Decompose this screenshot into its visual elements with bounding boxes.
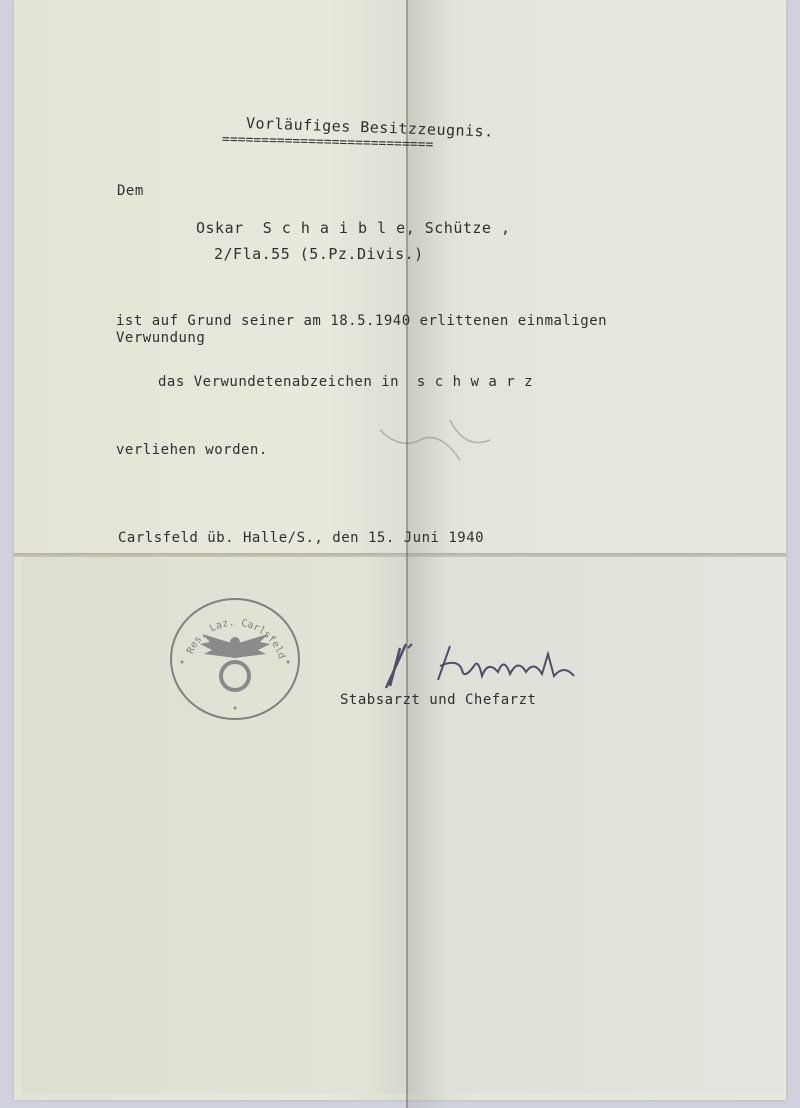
recipient-unit: 2/Fla.55 (5.Pz.Divis.) bbox=[214, 245, 424, 263]
award-line: das Verwundetenabzeichen in s c h w a r … bbox=[158, 374, 533, 390]
body-line-1: ist auf Grund seiner am 18.5.1940 erlitt… bbox=[116, 313, 607, 329]
stamp-emblem-icon: Res. Laz. Carlsfeld bbox=[172, 600, 298, 718]
horizontal-fold-line bbox=[14, 553, 786, 557]
vertical-fold-shadow bbox=[408, 0, 448, 1108]
official-stamp: Res. Laz. Carlsfeld bbox=[170, 598, 300, 720]
body-line-2: Verwundung bbox=[116, 330, 205, 346]
faint-ink-marks bbox=[370, 410, 530, 490]
salutation: Dem bbox=[117, 183, 144, 199]
closing-line: verliehen worden. bbox=[116, 442, 268, 458]
recipient-rank: , Schütze , bbox=[406, 219, 511, 237]
place-date: Carlsfeld üb. Halle/S., den 15. Juni 194… bbox=[118, 530, 484, 546]
recipient-line: Oskar S c h a i b l e, Schütze , bbox=[196, 219, 511, 237]
vertical-fold-line bbox=[406, 0, 408, 1108]
signer-title: Stabsarzt und Chefarzt bbox=[340, 692, 536, 708]
signature bbox=[378, 636, 598, 696]
recipient-name: Oskar S c h a i b l e bbox=[196, 219, 406, 237]
